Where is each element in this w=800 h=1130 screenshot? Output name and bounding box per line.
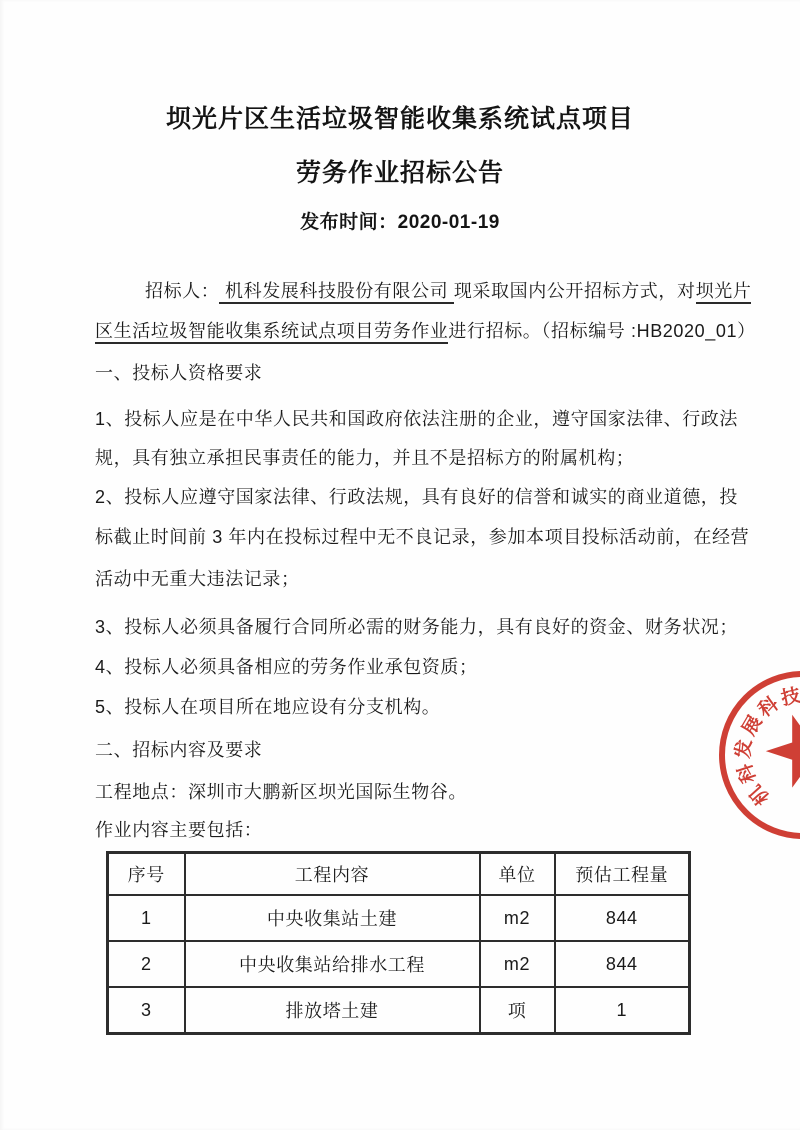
text-segment: 现采取国内公开招标方式，对 [454,281,696,301]
table-cell: 2 [108,941,185,987]
table-cell: 项 [480,987,555,1034]
requirement-item-line: 1、投标人应是在中华人民共和国政府依法注册的企业，遵守国家法律、行政法 [95,405,735,431]
scanned-document-page: 坝光片区生活垃圾智能收集系统试点项目 劳务作业招标公告 发布时间：2020-01… [0,0,800,1130]
table-cell: m2 [480,941,555,987]
requirement-item-line: 活动中无重大违法记录； [95,565,735,591]
table-cell: 3 [108,987,185,1034]
project-location-line: 工程地点：深圳市大鹏新区坝光国际生物谷。 [95,778,735,804]
underlined-text-segment: 区生活垃圾智能收集系统试点项目劳务作业 [95,321,448,344]
table-row: 2中央收集站给排水工程m2844 [108,941,690,987]
underlined-text-segment: 坝光片 [696,281,752,304]
table-cell: 中央收集站土建 [185,895,480,941]
section1-heading: 一、投标人资格要求 [95,359,735,385]
table-header-cell: 工程内容 [185,853,480,896]
table-row: 3排放塔土建项1 [108,987,690,1034]
work-intro-line: 作业内容主要包括： [95,816,735,842]
requirement-item-line: 2、投标人应遵守国家法律、行政法规，具有良好的信誉和诚实的商业道德，投 [95,483,735,509]
table-row: 1中央收集站土建m2844 [108,895,690,941]
section2-heading: 二、招标内容及要求 [95,736,735,762]
requirement-item-line: 5、投标人在项目所在地应设有分支机构。 [95,693,735,719]
company-seal-stamp: ★ 机科发展科技股份有限公司 [719,671,800,839]
table-cell: 中央收集站给排水工程 [185,941,480,987]
table-cell: 排放塔土建 [185,987,480,1034]
underlined-text-segment: 机科发展科技股份有限公司 [219,281,453,304]
requirement-item-line: 规，具有独立承担民事责任的能力，并且不是招标方的附属机构； [95,444,735,470]
seal-text-character: 发 [733,737,757,761]
document-title-line1: 坝光片区生活垃圾智能收集系统试点项目 [0,99,800,135]
seal-text-character: 技 [778,685,800,711]
publish-date: 发布时间：2020-01-19 [0,207,800,234]
table-header-cell: 预估工程量 [555,853,690,896]
table-cell: m2 [480,895,555,941]
table-cell: 1 [555,987,690,1034]
table-cell: 844 [555,941,690,987]
document-title-line2: 劳务作业招标公告 [0,153,800,189]
requirement-item-line: 标截止时间前 3 年内在投标过程中无不良记录，参加本项目投标活动前，在经营 [95,523,735,549]
table-cell: 844 [555,895,690,941]
work-items-table: 序号工程内容单位预估工程量 1中央收集站土建m28442中央收集站给排水工程m2… [106,851,691,1035]
text-segment: 招标人： [145,281,219,301]
intro-text-line: 招标人： 机科发展科技股份有限公司 现采取国内公开招标方式，对坝光片 [145,277,785,303]
table-header-cell: 序号 [108,853,185,896]
intro-text-line: 区生活垃圾智能收集系统试点项目劳务作业进行招标。（招标编号 :HB2020_01… [95,317,735,343]
requirement-item-line: 4、投标人必须具备相应的劳务作业承包资质； [95,653,735,679]
text-segment: 进行招标。（招标编号 :HB2020_01） [448,321,755,341]
table-cell: 1 [108,895,185,941]
table-header-row: 序号工程内容单位预估工程量 [108,853,690,896]
table-header-cell: 单位 [480,853,555,896]
requirement-item-line: 3、投标人必须具备履行合同所必需的财务能力，具有良好的资金、财务状况； [95,613,735,639]
